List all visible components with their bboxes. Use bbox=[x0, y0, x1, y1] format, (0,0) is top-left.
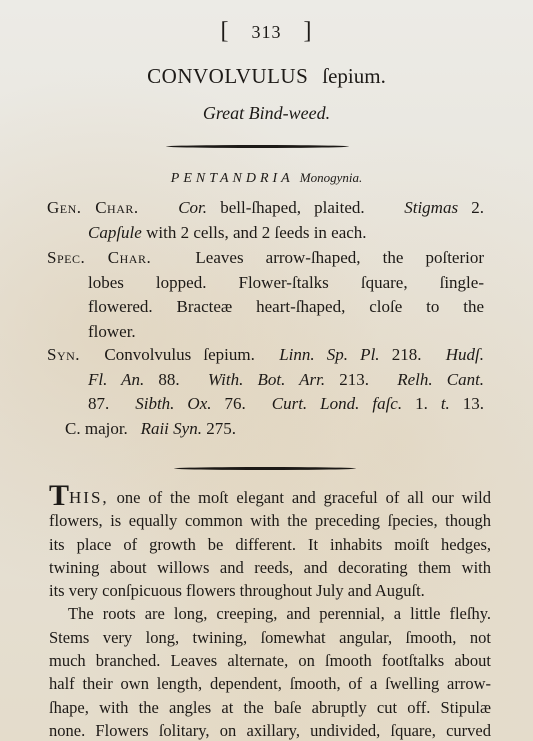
body-line-7: Stems very long, twining, ſomewhat angul… bbox=[49, 626, 491, 649]
spec-char-line-4: flower. bbox=[47, 320, 484, 345]
drop-cap: T bbox=[49, 479, 69, 512]
genus-name: CONVOLVULUS bbox=[147, 64, 308, 88]
syn-label: Syn. bbox=[47, 345, 80, 364]
body-line-1: THIS, one of the moſt elegant and gracef… bbox=[49, 486, 491, 509]
order-name: Monogynia. bbox=[300, 170, 362, 185]
bracket-open: [ bbox=[221, 18, 230, 44]
species-name: ſepium. bbox=[322, 64, 386, 88]
spec-char-line-2: lobes lopped. Flower-ſtalks ſquare, ſing… bbox=[47, 271, 484, 296]
book-page: [313] CONVOLVULUSſepium. Great Bind-weed… bbox=[0, 0, 533, 741]
generic-character: Gen. Char. Cor. bell-ſhaped, plaited. St… bbox=[47, 196, 484, 245]
gen-char-label: Gen. Char. bbox=[47, 198, 139, 217]
gen-char-line-1: Gen. Char. Cor. bell-ſhaped, plaited. St… bbox=[47, 196, 484, 221]
divider-rule-top bbox=[166, 145, 349, 148]
bracket-close: ] bbox=[304, 18, 313, 44]
spec-char-line-1: Spec. Char. Leaves arrow-ſhaped, the poſ… bbox=[47, 246, 484, 271]
body-line-10: ſhape, with the angles at the baſe abrup… bbox=[49, 696, 491, 719]
syn-line-2: Fl. An. 88. With. Bot. Arr. 213. Relh. C… bbox=[47, 368, 484, 393]
synonymy: Syn. Convolvulus ſepium. Linn. Sp. Pl. 2… bbox=[47, 343, 484, 441]
spec-char-line-3: flowered. Bracteæ heart-ſhaped, cloſe to… bbox=[47, 295, 484, 320]
page-number-value: 313 bbox=[252, 22, 282, 42]
page-number: [313] bbox=[0, 18, 533, 45]
species-title: CONVOLVULUSſepium. bbox=[0, 64, 533, 89]
body-line-2: flowers, is equally common with the prec… bbox=[49, 509, 491, 532]
body-line-8: much branched. Leaves alternate, on ſmoo… bbox=[49, 649, 491, 672]
gen-char-line-2: Capſule with 2 cells, and 2 ſeeds in eac… bbox=[47, 221, 484, 246]
body-line-4: twining about willows and reeds, and dec… bbox=[49, 556, 491, 579]
common-name: Great Bind-weed. bbox=[0, 103, 533, 124]
spec-char-label: Spec. Char. bbox=[47, 248, 151, 267]
specific-character: Spec. Char. Leaves arrow-ſhaped, the poſ… bbox=[47, 246, 484, 344]
divider-rule-middle bbox=[174, 467, 356, 470]
body-line-5: its very conſpicuous flowers throughout … bbox=[49, 579, 491, 602]
body-line-6: The roots are long, creeping, and perenn… bbox=[49, 602, 491, 625]
description-text: THIS, one of the moſt elegant and gracef… bbox=[49, 486, 491, 741]
class-name: PENTANDRIA bbox=[171, 171, 294, 186]
syn-line-3: 87. Sibth. Ox. 76. Curt. Lond. faſc. 1. … bbox=[47, 392, 484, 417]
body-line-3: its place of growth be different. It inh… bbox=[49, 533, 491, 556]
body-line-9: half their own length, dependent, ſmooth… bbox=[49, 672, 491, 695]
body-line-11: none. Flowers ſolitary, on axillary, und… bbox=[49, 719, 491, 741]
linnaean-classification: PENTANDRIAMonogynia. bbox=[0, 170, 533, 187]
syn-line-1: Syn. Convolvulus ſepium. Linn. Sp. Pl. 2… bbox=[47, 343, 484, 368]
syn-line-4: C. major. Raii Syn. 275. bbox=[47, 417, 484, 442]
